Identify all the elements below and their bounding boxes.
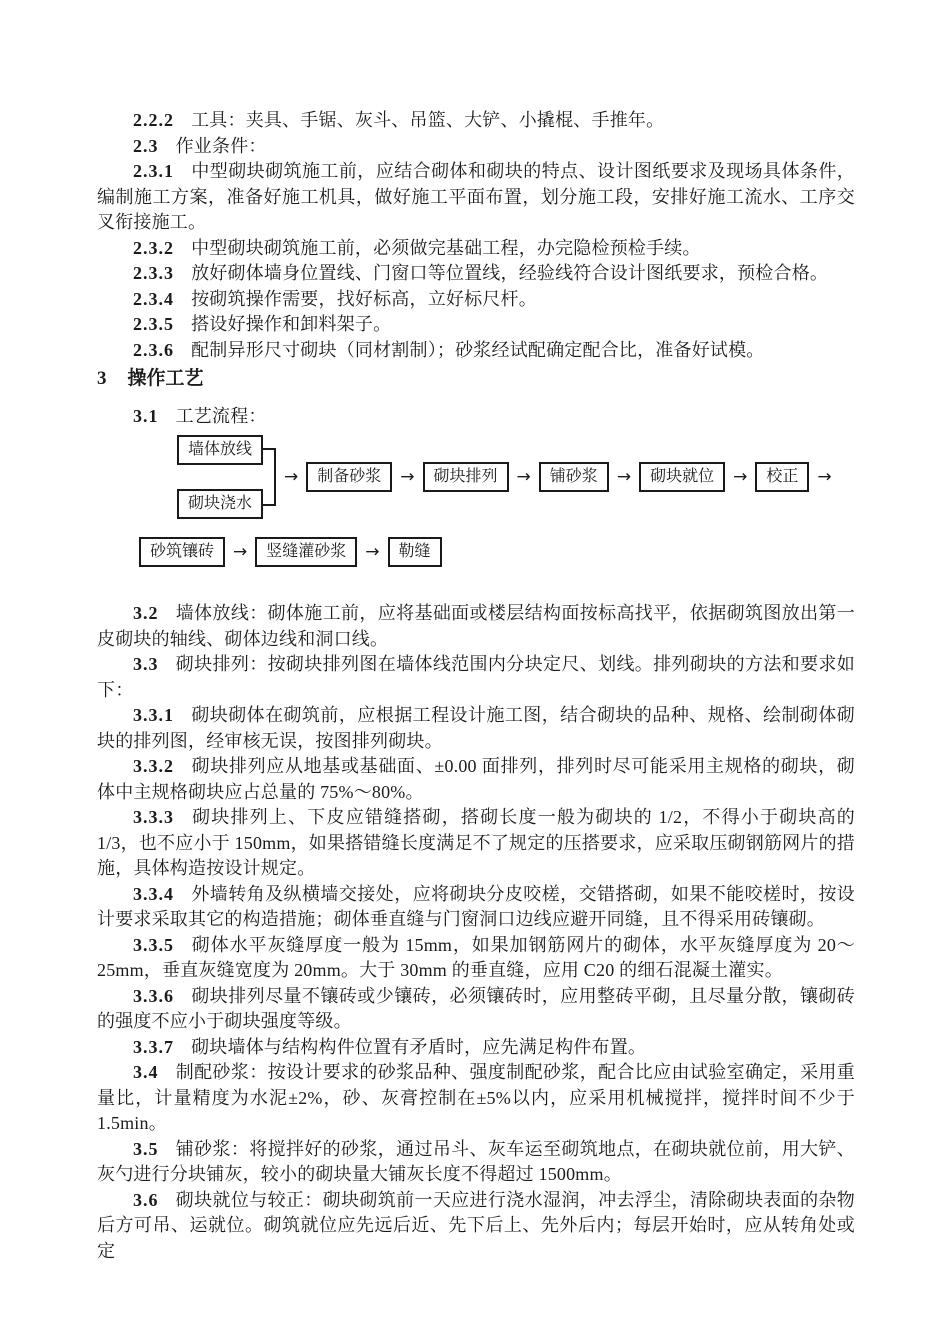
flow-arrow-icon: → <box>733 467 747 487</box>
clause-text: 砌块排列：按砌块排列图在墙体线范围内分块定尺、划线。排列砌块的方法和要求如下： <box>97 654 855 700</box>
flow-arrow-icon: → <box>400 467 414 487</box>
clause-number: 3.3 <box>133 654 176 674</box>
clause-number: 2.3.3 <box>133 263 191 283</box>
clause-number: 3.3.4 <box>133 884 191 904</box>
clause-text: 砌块就位与较正：砌块砌筑前一天应进行浇水湿润，冲去浮尘，清除砌块表面的杂物后方可… <box>97 1190 855 1261</box>
clause-number: 2.3.5 <box>133 314 191 334</box>
flowchart-spacer <box>97 567 855 601</box>
flow-label-paragraph: 3.1工艺流程： <box>97 404 855 430</box>
clause-number: 3.1 <box>133 406 176 426</box>
clause-number: 3.5 <box>133 1139 176 1159</box>
clause-text: 工具：夹具、手锯、灰斗、吊篮、大铲、小撬棍、手推年。 <box>191 110 664 130</box>
clauses-before-flowchart: 2.2.2工具：夹具、手锯、灰斗、吊篮、大铲、小撬棍、手推年。2.3作业条件：2… <box>97 108 855 363</box>
clause-number: 3.3.1 <box>133 705 191 725</box>
process-flowchart: 墙体放线砌块浇水 → 制备砂浆→砌块排列→铺砂浆→砌块就位→校正→ 砂筑镶砖→竖… <box>97 435 855 567</box>
clause-text: 砌体水平灰缝厚度一般为 15mm，如果加钢筋网片的砌体，水平灰缝厚度为 20～2… <box>97 935 855 981</box>
flow-step-box: 砌块排列 <box>423 462 509 492</box>
flowchart-row-2: 砂筑镶砖→竖缝灌砂浆→勒缝 <box>139 537 855 567</box>
flow-arrow-icon: → <box>617 467 631 487</box>
clause-text: 砌块排列上、下皮应错缝搭砌，搭砌长度一般为砌块的 1/2，不得小于砌块高的 1/… <box>97 807 855 878</box>
clause-text: 砌块排列尽量不镶砖或少镶砖，必须镶砖时，应用整砖平砌，且尽量分散，镶砌砖的强度不… <box>97 986 855 1032</box>
clause-number: 2.3.6 <box>133 340 191 360</box>
flow-arrow-icon: → <box>233 542 247 562</box>
clause-text: 放好砌体墙身位置线、门窗口等位置线，经验线符合设计图纸要求，预检合格。 <box>191 263 828 283</box>
clause-number: 2.3.1 <box>133 161 191 181</box>
flow-step-box: 砌块浇水 <box>177 489 263 519</box>
flow-step-box: 校正 <box>755 462 809 492</box>
flow-step-box: 砌块就位 <box>639 462 725 492</box>
clause-paragraph-2.3.4: 2.3.4按砌筑操作需要，找好标高，立好标尺杆。 <box>97 287 855 313</box>
clause-paragraph-2.3.6: 2.3.6配制异形尺寸砌块（同材割制）；砂浆经试配确定配合比，准备好试模。 <box>97 338 855 364</box>
clause-text: 外墙转角及纵横墙交接处，应将砌块分皮咬槎，交错搭砌，如果不能咬槎时，按设计要求采… <box>97 884 855 930</box>
clause-paragraph-3.3.5: 3.3.5砌体水平灰缝厚度一般为 15mm，如果加钢筋网片的砌体，水平灰缝厚度为… <box>97 933 855 984</box>
clause-number: 3.2 <box>133 603 176 623</box>
clause-text: 墙体放线：砌体施工前，应将基础面或楼层结构面按标高找平，依据砌筑图放出第一皮砌块… <box>97 603 855 649</box>
clause-paragraph-2.3.3: 2.3.3放好砌体墙身位置线、门窗口等位置线，经验线符合设计图纸要求，预检合格。 <box>97 261 855 287</box>
flow-arrow-icon: → <box>284 467 298 487</box>
clause-paragraph-3.3.1: 3.3.1砌块砌体在砌筑前，应根据工程设计施工图，结合砌块的品种、规格、绘制砌体… <box>97 703 855 754</box>
clauses-after-flowchart: 3.2墙体放线：砌体施工前，应将基础面或楼层结构面按标高找平，依据砌筑图放出第一… <box>97 601 855 1264</box>
clause-text: 搭设好操作和卸料架子。 <box>191 314 391 334</box>
flow-connector-bracket <box>261 448 276 506</box>
clause-paragraph-3.4: 3.4制配砂浆：按设计要求的砂浆品种、强度制配砂浆，配合比应由试验室确定，采用重… <box>97 1060 855 1137</box>
clause-number: 2.3 <box>133 136 176 156</box>
clause-text: 制配砂浆：按设计要求的砂浆品种、强度制配砂浆，配合比应由试验室确定，采用重量比，… <box>97 1062 855 1133</box>
clause-text: 铺砂浆：将搅拌好的砂浆，通过吊斗、灰车运至砌筑地点，在砌块就位前，用大铲、灰勺进… <box>97 1139 855 1185</box>
clause-paragraph-3.3.2: 3.3.2砌块排列应从地基或基础面、±0.00 面排列，排列时尽可能采用主规格的… <box>97 754 855 805</box>
flow-arrow-icon: → <box>517 467 531 487</box>
flow-step-box: 勒缝 <box>388 537 442 567</box>
document-page: 2.2.2工具：夹具、手锯、灰斗、吊篮、大铲、小撬棍、手推年。2.3作业条件：2… <box>0 0 950 1344</box>
flow-arrow-icon: → <box>365 542 379 562</box>
clause-paragraph-3.6: 3.6砌块就位与较正：砌块砌筑前一天应进行浇水湿润，冲去浮尘，清除砌块表面的杂物… <box>97 1188 855 1265</box>
clause-text: 砌块墙体与结构构件位置有矛盾时，应先满足构件布置。 <box>191 1037 646 1057</box>
clause-number: 2.2.2 <box>133 110 191 130</box>
section-heading: 3操作工艺 <box>97 366 855 392</box>
clause-text: 工艺流程： <box>176 406 267 426</box>
clause-paragraph-3.3.3: 3.3.3砌块排列上、下皮应错缝搭砌，搭砌长度一般为砌块的 1/2，不得小于砌块… <box>97 805 855 882</box>
clause-text: 砌块排列应从地基或基础面、±0.00 面排列，排列时尽可能采用主规格的砌块，砌体… <box>97 756 855 802</box>
clause-number: 2.3.4 <box>133 289 191 309</box>
flow-step-box: 制备砂浆 <box>306 462 392 492</box>
section-heading-number: 3 <box>97 368 127 389</box>
flow-source-boxes: 墙体放线砌块浇水 <box>177 435 263 519</box>
clause-number: 3.4 <box>133 1062 176 1082</box>
clause-number: 3.3.2 <box>133 756 191 776</box>
clause-text: 作业条件： <box>176 136 267 156</box>
clause-paragraph-3.2: 3.2墙体放线：砌体施工前，应将基础面或楼层结构面按标高找平，依据砌筑图放出第一… <box>97 601 855 652</box>
clause-number: 3.3.3 <box>133 807 191 827</box>
clause-number: 2.3.2 <box>133 238 191 258</box>
flow-step-chain: 制备砂浆→砌块排列→铺砂浆→砌块就位→校正→ <box>306 462 839 492</box>
clause-number: 3.3.7 <box>133 1037 191 1057</box>
clause-paragraph-3.3.4: 3.3.4外墙转角及纵横墙交接处，应将砌块分皮咬槎，交错搭砌，如果不能咬槎时，按… <box>97 882 855 933</box>
clause-paragraph-3.5: 3.5铺砂浆：将搅拌好的砂浆，通过吊斗、灰车运至砌筑地点，在砌块就位前，用大铲、… <box>97 1137 855 1188</box>
clause-paragraph-3.3.6: 3.3.6砌块排列尽量不镶砖或少镶砖，必须镶砖时，应用整砖平砌，且尽量分散，镶砌… <box>97 984 855 1035</box>
clause-number: 3.6 <box>133 1190 176 1210</box>
flow-step-box: 竖缝灌砂浆 <box>255 537 357 567</box>
clause-text: 配制异形尺寸砌块（同材割制）；砂浆经试配确定配合比，准备好试模。 <box>191 340 764 360</box>
flow-step-box: 墙体放线 <box>177 435 263 465</box>
flow-arrow-icon: → <box>817 467 831 487</box>
flow-step-box: 砂筑镶砖 <box>139 537 225 567</box>
flowchart-row-1: 墙体放线砌块浇水 → 制备砂浆→砌块排列→铺砂浆→砌块就位→校正→ <box>177 435 855 519</box>
clause-paragraph-3.3: 3.3砌块排列：按砌块排列图在墙体线范围内分块定尺、划线。排列砌块的方法和要求如… <box>97 652 855 703</box>
clause-number: 3.3.6 <box>133 986 191 1006</box>
clause-text: 砌块砌体在砌筑前，应根据工程设计施工图，结合砌块的品种、规格、绘制砌体砌块的排列… <box>97 705 855 751</box>
clause-paragraph-2.3.5: 2.3.5搭设好操作和卸料架子。 <box>97 312 855 338</box>
flow-step-box: 铺砂浆 <box>539 462 609 492</box>
clause-paragraph-3.3.7: 3.3.7砌块墙体与结构构件位置有矛盾时，应先满足构件布置。 <box>97 1035 855 1061</box>
clause-paragraph-2.3.2: 2.3.2中型砌块砌筑施工前，必须做完基础工程，办完隐检预检手续。 <box>97 236 855 262</box>
clause-text: 中型砌块砌筑施工前，必须做完基础工程，办完隐检预检手续。 <box>191 238 701 258</box>
clause-paragraph-2.2.2: 2.2.2工具：夹具、手锯、灰斗、吊篮、大铲、小撬棍、手推年。 <box>97 108 855 134</box>
clause-number: 3.3.5 <box>133 935 191 955</box>
section-heading-text: 操作工艺 <box>127 368 203 389</box>
clause-text: 按砌筑操作需要，找好标高，立好标尺杆。 <box>191 289 537 309</box>
clause-paragraph-2.3: 2.3作业条件： <box>97 134 855 160</box>
clause-paragraph-2.3.1: 2.3.1中型砌块砌筑施工前，应结合砌体和砌块的特点、设计图纸要求及现场具体条件… <box>97 159 855 236</box>
clause-text: 中型砌块砌筑施工前，应结合砌体和砌块的特点、设计图纸要求及现场具体条件，编制施工… <box>97 161 855 232</box>
